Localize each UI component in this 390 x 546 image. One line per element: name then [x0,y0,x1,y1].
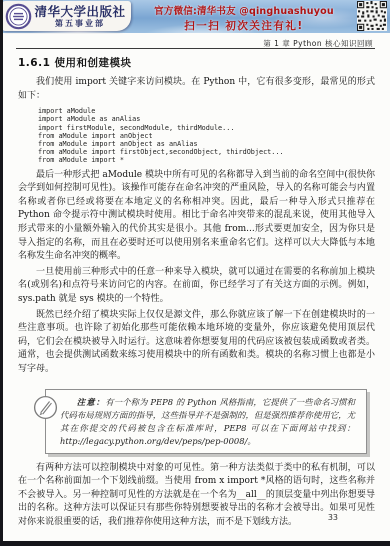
code-line: import aModule [38,107,375,115]
publisher-name: 清华大学出版社 [34,4,125,19]
scan-edge-left [0,0,3,546]
paragraph-dot-access: 一旦使用前三种形式中的任意一种来导入模块，就可以通过在需要的名称前加上模块名(或… [18,266,375,307]
code-block: import aModuleimport aModule as anAliasi… [38,107,375,164]
code-line: import firstModule, secondModule, thirdM… [38,124,375,132]
paragraph-import-forms: 最后一种形式把 aModule 模块中所有可见的名称都导入到当前的命名空间中(很… [18,169,375,264]
code-line: from aModule import firstObject,secondOb… [38,148,375,156]
wechat-account-text: 官方微信:清华书友 @qinghuashuyou [136,3,352,17]
code-line: from aModule import anObject [38,132,375,140]
tsinghua-logo-icon [5,3,32,30]
section-title: 1.6.1 使用和创建模块 [18,55,375,70]
paragraph-visibility: 有两种方法可以控制模块中对象的可见性。第一种方法类似于类中的私有机制，可以在一个… [18,462,375,530]
publisher-label: 清华大学出版社 第五事业部 [2,1,131,31]
note-label: 注意： [77,397,105,407]
page-content: 第 1 章 Python 核心知识回顾 1.6.1 使用和创建模块 我们使用 i… [18,38,375,531]
scanned-book-page: 清华大学出版社 第五事业部 官方微信:清华书友 @qinghuashuyou 扫… [0,0,390,546]
pencil-icon [33,395,58,420]
scan-edge-bottom [0,541,390,546]
note-body: 有一个称为 PEP8 的 Python 风格指南，它提供了一些命名习惯和代码布局… [60,397,355,446]
wechat-scan-text: 扫一扫 初次关注有礼! [136,18,352,33]
publisher-text: 清华大学出版社 第五事业部 [32,3,128,28]
wechat-promo: 官方微信:清华书友 @qinghuashuyou 扫一扫 初次关注有礼! [136,3,352,33]
code-line: from aModule import anObject as anAlias [38,140,375,148]
note-box: 注意：有一个称为 PEP8 的 Python 风格指南，它提供了一些命名习惯和代… [45,389,367,454]
publisher-banner: 清华大学出版社 第五事业部 官方微信:清华书友 @qinghuashuyou 扫… [0,0,390,33]
paragraph-module-tips: 既然已经介绍了模块实际上仅仅是源文件，那么你就应该了解一下在创建模块时的一些注意… [18,309,375,377]
qr-code-icon [357,1,387,31]
code-line: from aModule import * [38,156,375,164]
publisher-division: 第五事业部 [32,20,128,28]
header-divider [16,48,375,49]
page-number: 33 [328,513,338,522]
code-line: import aModule as anAlias [38,115,375,123]
note-text: 注意：有一个称为 PEP8 的 Python 风格指南，它提供了一些命名习惯和代… [60,396,355,448]
chapter-running-head: 第 1 章 Python 核心知识回顾 [18,38,375,47]
paragraph-intro: 我们使用 import 关键字来访问模块。在 Python 中，它有很多变形，最… [18,76,375,103]
